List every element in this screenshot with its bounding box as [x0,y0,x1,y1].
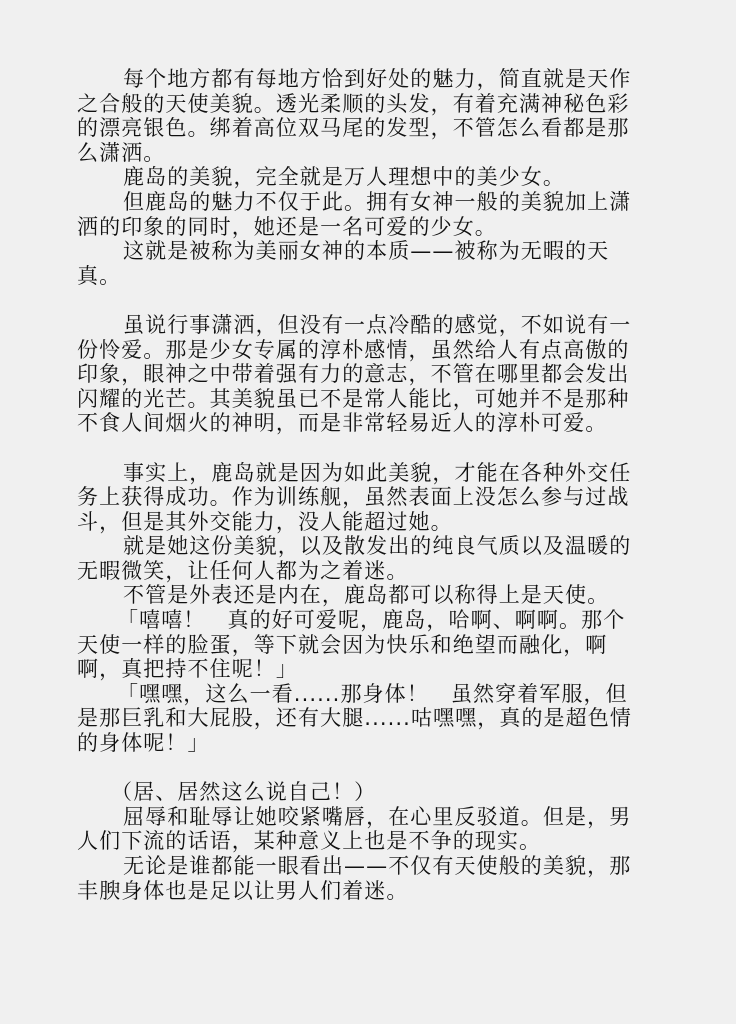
paragraph-10: 无论是谁都能一眼看出——不仅有天使般的美貌，那丰腴身体也是足以让男人们着迷。 [77,854,637,903]
dialogue-1: 「嘻嘻！ 真的好可爱呢，鹿岛，哈啊、啊啊。那个天使一样的脸蛋，等下就会因为快乐和… [77,608,637,682]
paragraph-4: 这就是被称为美丽女神的本质——被称为无暇的天真。 [77,239,637,288]
paragraph-1: 每个地方都有每地方恰到好处的魅力，简直就是天作之合般的天使美貌。透光柔顺的头发，… [77,67,637,165]
paragraph-gap [77,436,637,461]
paragraph-gap [77,288,637,313]
inner-thought: （居、居然这么说自己！） [77,780,637,805]
document-body: 每个地方都有每地方恰到好处的魅力，简直就是天作之合般的天使美貌。透光柔顺的头发，… [77,67,637,903]
paragraph-3: 但鹿岛的魅力不仅于此。拥有女神一般的美貌加上潇洒的印象的同时，她还是一名可爱的少… [77,190,637,239]
paragraph-7: 就是她这份美貌，以及散发出的纯良气质以及温暖的无暇微笑，让任何人都为之着迷。 [77,534,637,583]
paragraph-2: 鹿岛的美貌，完全就是万人理想中的美少女。 [77,165,637,190]
paragraph-9: 屈辱和耻辱让她咬紧嘴唇，在心里反驳道。但是，男人们下流的话语，某种意义上也是不争… [77,805,637,854]
paragraph-gap [77,756,637,781]
dialogue-2: 「嘿嘿，这么一看......那身体！ 虽然穿着军服，但是那巨乳和大屁股，还有大腿… [77,682,637,756]
paragraph-8: 不管是外表还是内在，鹿岛都可以称得上是天使。 [77,583,637,608]
paragraph-5: 虽说行事潇洒，但没有一点冷酷的感觉，不如说有一份怜爱。那是少女专属的淳朴感情，虽… [77,313,637,436]
paragraph-6: 事实上，鹿岛就是因为如此美貌，才能在各种外交任务上获得成功。作为训练舰，虽然表面… [77,461,637,535]
